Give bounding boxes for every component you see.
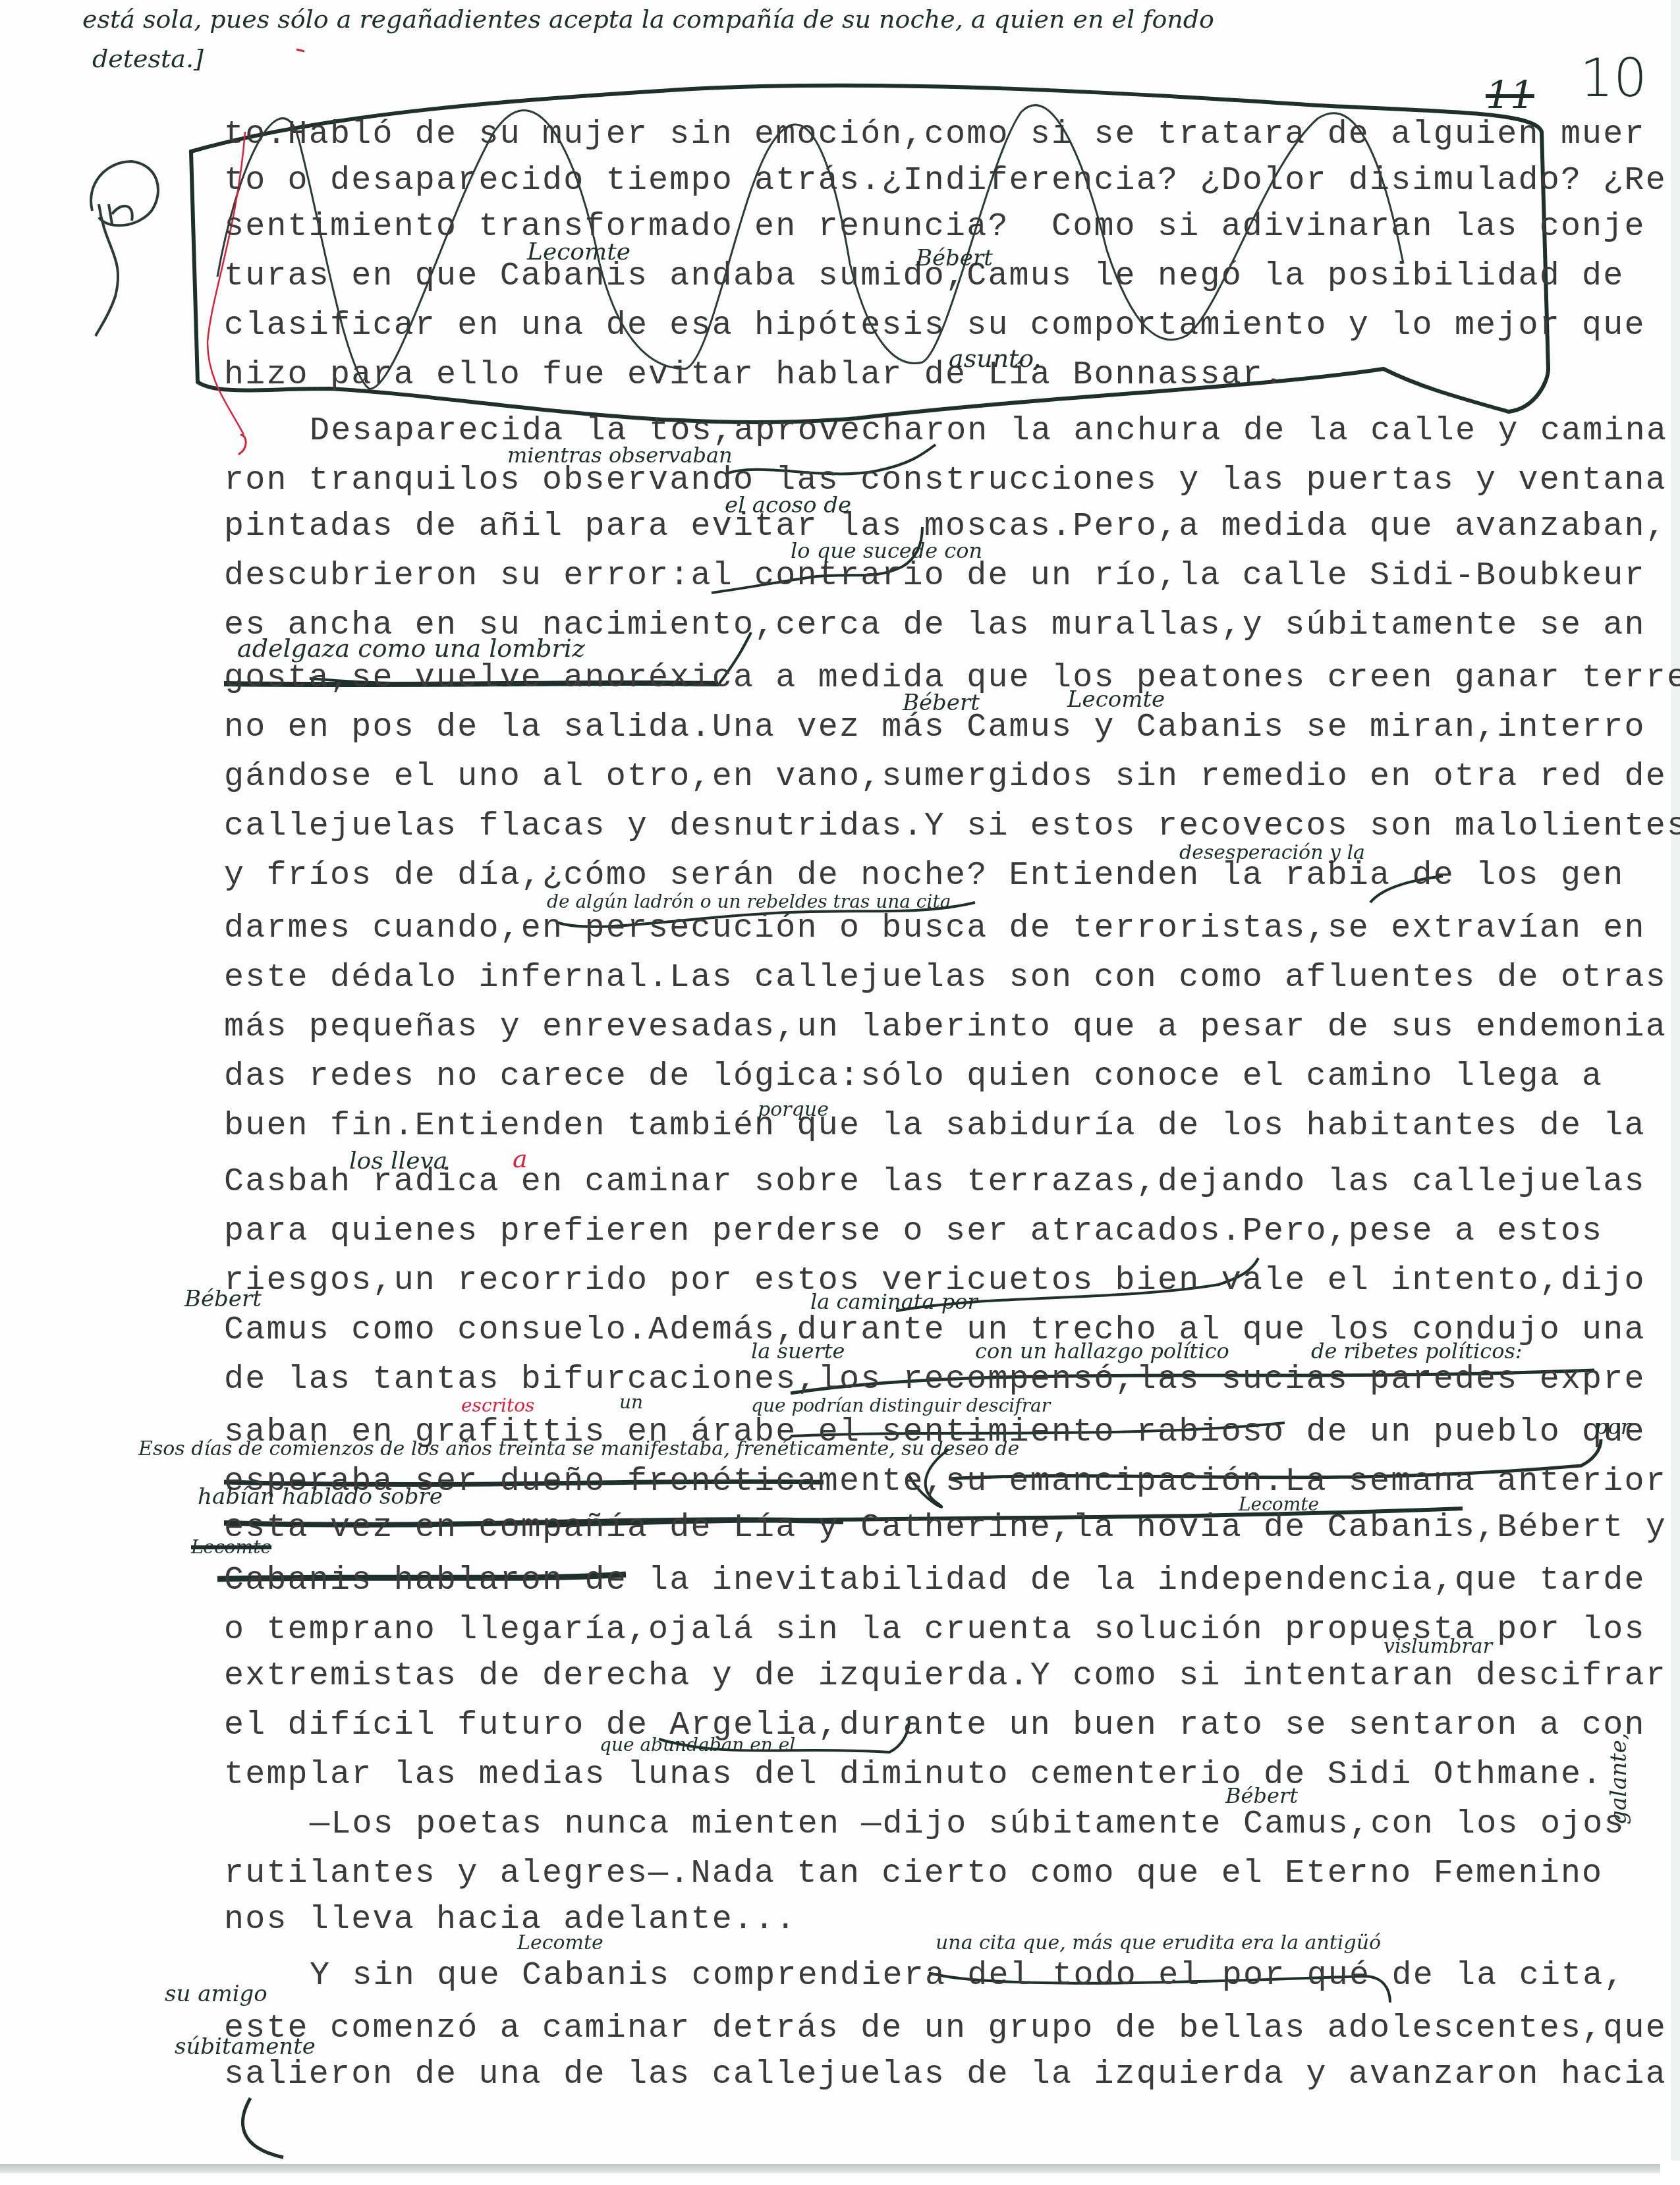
insert-los-lleva: los lleva xyxy=(349,1149,447,1173)
typed-line: Cabanis hablaron de la inevitabilidad de… xyxy=(224,1564,1646,1597)
insert-bebert: Bébert xyxy=(903,692,980,714)
insert-asunto: asunto. xyxy=(949,346,1042,371)
typed-line: este comenzó a caminar detrás de un grup… xyxy=(224,2012,1667,2045)
insert-porque: porque xyxy=(758,1100,829,1120)
typed-line: —Los poetas nunca mienten —dijo súbitame… xyxy=(310,1808,1625,1841)
typed-line: to.Habló de su mujer sin emoción,como si… xyxy=(224,119,1646,152)
insert-bebert: Bébert xyxy=(1225,1785,1298,1806)
insert-la-caminata-por: la caminata por xyxy=(810,1291,978,1312)
insert-a-red: a xyxy=(513,1146,528,1171)
insert-galante-vertical: galante, xyxy=(1608,1732,1630,1825)
typed-line: gándose el uno al otro,en vano,sumergido… xyxy=(224,761,1667,794)
page-edge-shadow xyxy=(0,2164,1660,2173)
typed-line: clasificar en una de esa hipótesis su co… xyxy=(224,310,1646,343)
insert-que-abundaban: que abundaban en el xyxy=(600,1736,795,1754)
typed-line: to o desaparecido tiempo atrás.¿Indifere… xyxy=(224,165,1667,198)
typed-line: hizo para ello fue evitar hablar de Lía … xyxy=(224,359,1285,392)
typed-line: extremistas de derecha y de izquierda.Y … xyxy=(224,1660,1667,1693)
typed-line: templar las medias lunas del diminuto ce… xyxy=(224,1759,1603,1792)
typed-line: y fríos de día,¿cómo serán de noche? Ent… xyxy=(224,860,1625,893)
typed-line: rutilantes y alegres—.Nada tan cierto co… xyxy=(224,1858,1603,1891)
typed-line: buen fin.Entienden también que la sabidu… xyxy=(224,1110,1646,1143)
insert-lo-que-sucede-con: lo que sucede con xyxy=(791,540,982,561)
insert-que-podrian: que podrían distinguir descifrar xyxy=(751,1397,1050,1415)
insert-un: un xyxy=(619,1393,643,1412)
insert-lecomte: Lecomte xyxy=(1067,688,1165,711)
top-handwritten-note-line2: detesta.] xyxy=(92,46,204,71)
insert-lecomte: Lecomte xyxy=(527,240,630,264)
typed-line: darmes cuando,en persecución o busca de … xyxy=(224,912,1646,945)
typed-line: ron tranquilos observando las construcci… xyxy=(224,464,1667,497)
insert-bebert: Bébert xyxy=(184,1288,262,1310)
insert-de-ribetes-politicos: de ribetes políticos: xyxy=(1311,1341,1523,1362)
page-number: 10 xyxy=(1580,47,1647,109)
old-page-number-struck: 11 xyxy=(1486,72,1534,117)
typed-line: nos lleva hacia adelante... xyxy=(224,1904,797,1937)
insert-el-acoso-de: el acoso de xyxy=(725,494,851,516)
insert-lecomte: Lecomte xyxy=(1239,1495,1319,1514)
typed-line: no en pos de la salida.Una vez más Camus… xyxy=(224,711,1646,744)
typed-line: callejuelas flacas y desnutridas.Y si es… xyxy=(224,810,1680,843)
top-handwritten-note-line1: está sola, pues sólo a regañadientes ace… xyxy=(82,7,1214,32)
insert-bebert: Bébert xyxy=(916,247,993,269)
typed-line: salieron de una de las callejuelas de la… xyxy=(224,2059,1667,2091)
typed-line: de las tantas bifurcaciones,los recompen… xyxy=(224,1364,1646,1397)
insert-de-algun-ladron: de algún ladrón o un rebeldes tras una c… xyxy=(547,893,951,911)
typed-line: das redes no carece de lógica:sólo quien… xyxy=(224,1061,1603,1093)
typed-line: esta vez en compañía de Lía y Catherine,… xyxy=(224,1512,1667,1545)
insert-esos-dias: Esos días de comienzos de los años trein… xyxy=(138,1439,1019,1459)
insert-mientras-observaban: mientras observaban xyxy=(507,445,733,466)
insert-escritos-red: escritos xyxy=(461,1397,534,1415)
insert-con-un-hallazgo: con un hallazgo político xyxy=(975,1341,1229,1362)
typed-line: Y sin que Cabanis comprendiera del todo … xyxy=(310,1960,1625,1993)
typed-line: descubrieron su error:al contrario de un… xyxy=(224,560,1646,593)
insert-desesperacion: desesperación y la xyxy=(1179,843,1365,863)
insert-su-amigo: su amigo xyxy=(165,1983,267,2005)
typed-line: para quienes prefieren perderse o ser at… xyxy=(224,1215,1603,1248)
insert-una-cita: una cita que, más que erudita era la ant… xyxy=(936,1933,1381,1953)
insert-subitamente: súbitamente xyxy=(175,2035,316,2058)
insert-habian-hablado: habían hablado sobre xyxy=(198,1485,443,1508)
insert-lecomte: Lecomte xyxy=(517,1933,603,1953)
insert-vislumbrar: vislumbrar xyxy=(1384,1637,1492,1657)
typed-line: este dédalo infernal.Las callejuelas son… xyxy=(224,962,1667,995)
typed-line: el difícil futuro de Argelia,durante un … xyxy=(224,1709,1646,1742)
typed-line: sentimiento transformado en renuncia? Co… xyxy=(224,211,1646,244)
typed-line: más pequeñas y enrevesadas,un laberinto … xyxy=(224,1011,1667,1044)
insert-adelgaza: adelgaza como una lombriz xyxy=(237,636,585,661)
insert-por: por xyxy=(1594,1416,1631,1437)
insert-la-suerte: la suerte xyxy=(751,1341,845,1362)
struck-lecomte-margin: Lecomte xyxy=(191,1538,271,1557)
